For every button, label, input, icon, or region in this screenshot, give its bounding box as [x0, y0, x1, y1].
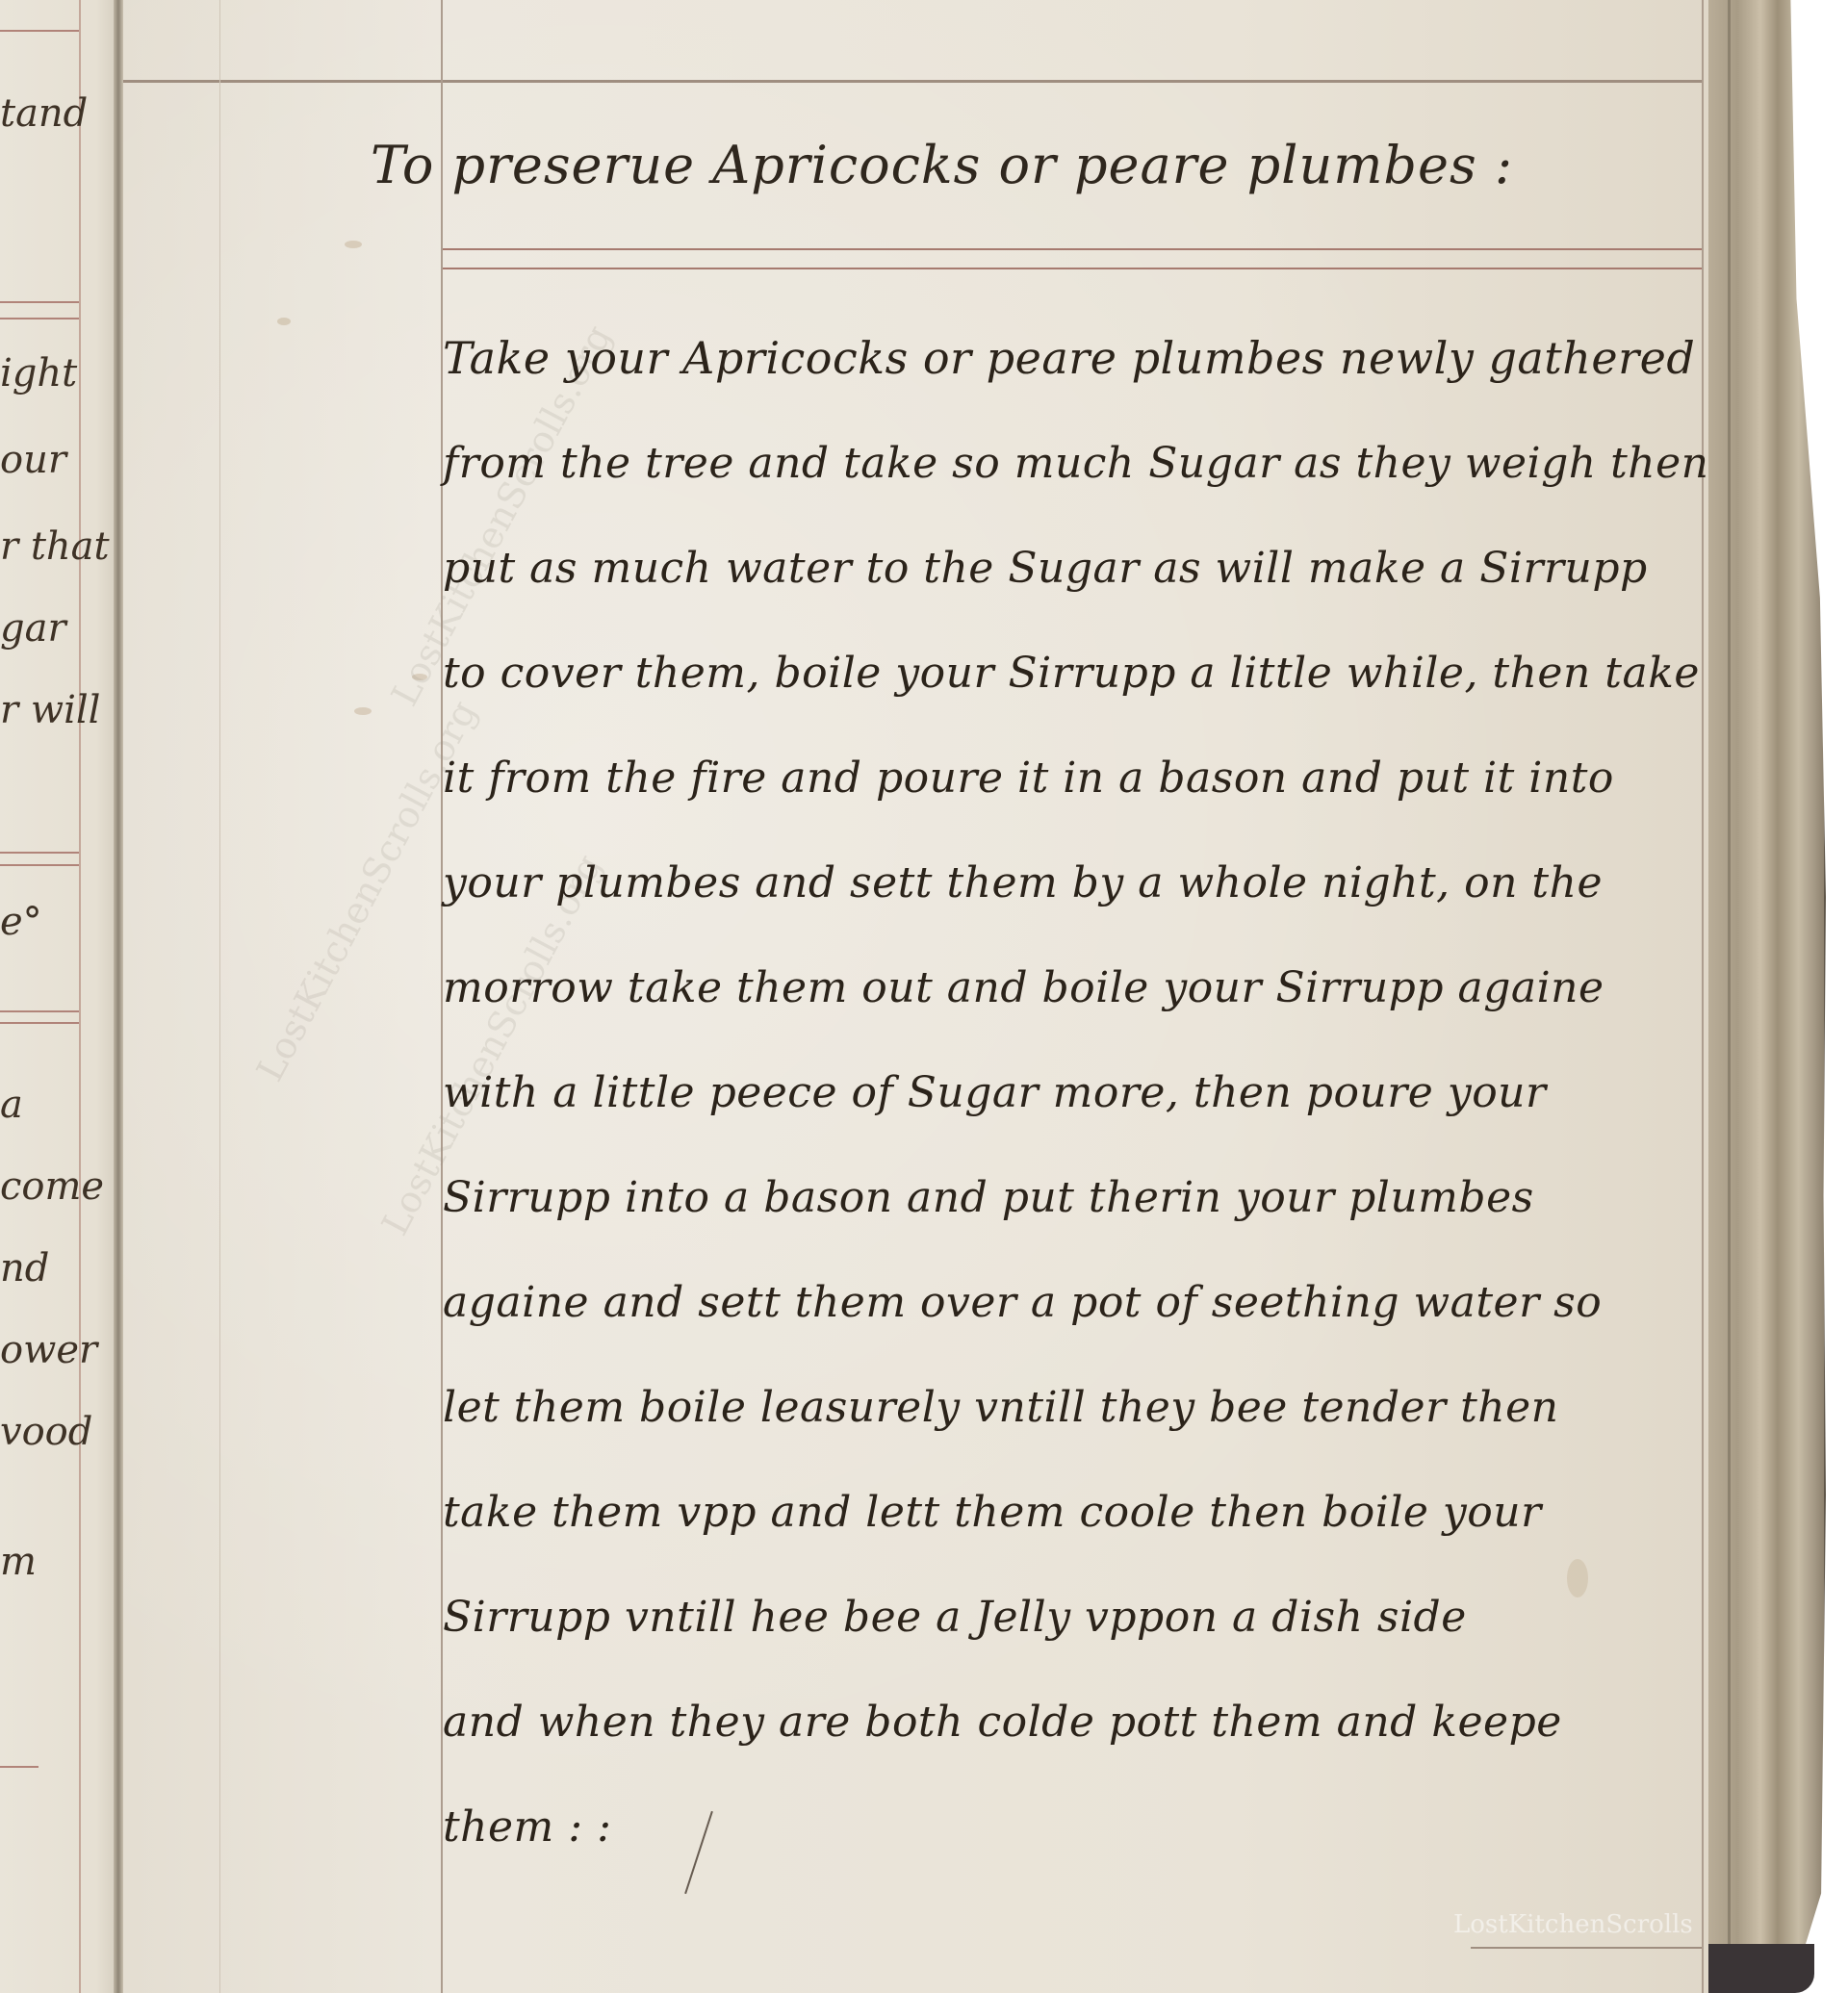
previous-page-text-fragment: tand [0, 91, 88, 136]
recipe-line: Sirrupp into a bason and put therin your… [443, 1145, 1704, 1250]
previous-page-text-fragment: come [0, 1164, 104, 1209]
recipe-line: it from the fire and poure it in a bason… [443, 726, 1704, 830]
previous-page-rule [0, 301, 79, 303]
previous-page-sliver: tand ight our r that gar r will e° a com… [0, 0, 120, 1993]
recipe-line: your plumbes and sett them by a whole ni… [443, 830, 1704, 935]
faint-margin-rule [219, 0, 220, 1993]
previous-page-rule [0, 318, 79, 319]
book-page-edges [1708, 0, 1826, 1993]
recipe-line: Take your Apricocks or peare plumbes new… [443, 306, 1704, 411]
book-gutter [114, 0, 123, 1993]
bottom-ruled-line [1471, 1947, 1702, 1949]
top-ruled-line [123, 80, 1702, 83]
recipe-line: morrow take them out and boile your Sirr… [443, 935, 1704, 1040]
previous-page-rule [0, 1766, 38, 1768]
previous-page-text-fragment: ower [0, 1328, 97, 1372]
previous-page-rule [0, 864, 79, 866]
ink-bleed-stain [354, 707, 372, 715]
recipe-closing-line: them : : [443, 1775, 1704, 1879]
previous-page-rule [0, 1022, 79, 1024]
previous-page-text-fragment: nd [0, 1246, 49, 1290]
recipe-line: from the tree and take so much Sugar as … [443, 411, 1704, 516]
previous-page-text-fragment: vood [0, 1410, 92, 1454]
recipe-line: againe and sett them over a pot of seeth… [443, 1250, 1704, 1355]
previous-page-text-fragment: m [0, 1540, 37, 1584]
previous-page-margin-rule [79, 0, 81, 1993]
title-underline-rule [441, 248, 1702, 250]
recipe-line: let them boile leasurely vntill they bee… [443, 1355, 1704, 1460]
previous-page-text-fragment: a [0, 1083, 23, 1127]
previous-page-text-fragment: gar [0, 606, 66, 651]
title-underline-rule [441, 268, 1702, 269]
recipe-title: To preserue Apricocks or peare plumbes : [371, 135, 1651, 195]
previous-page-text-fragment: e° [0, 900, 42, 944]
recipe-line: to cover them, boile your Sirrupp a litt… [443, 621, 1704, 726]
previous-page-text-fragment: ight [0, 351, 77, 396]
ink-bleed-stain [345, 241, 362, 248]
previous-page-text-fragment: our [0, 438, 66, 482]
recipe-line: and when they are both colde pott them a… [443, 1670, 1704, 1775]
recipe-line: take them vpp and lett them coole then b… [443, 1460, 1704, 1565]
recipe-line: Sirrupp vntill hee bee a Jelly vppon a d… [443, 1565, 1704, 1670]
previous-page-rule [0, 852, 79, 854]
recipe-line: with a little peece of Sugar more, then … [443, 1040, 1704, 1145]
previous-page-rule [0, 1010, 79, 1012]
corner-watermark: LostKitchenScrolls [1453, 1910, 1693, 1939]
ink-bleed-stain [277, 318, 291, 325]
previous-page-text-fragment: r will [0, 688, 100, 732]
recipe-body: Take your Apricocks or peare plumbes new… [443, 306, 1704, 1879]
recipe-line: put as much water to the Sugar as will m… [443, 516, 1704, 621]
previous-page-rule [0, 30, 79, 32]
book-cover-corner [1708, 1944, 1814, 1993]
previous-page-text-fragment: r that [0, 524, 110, 569]
